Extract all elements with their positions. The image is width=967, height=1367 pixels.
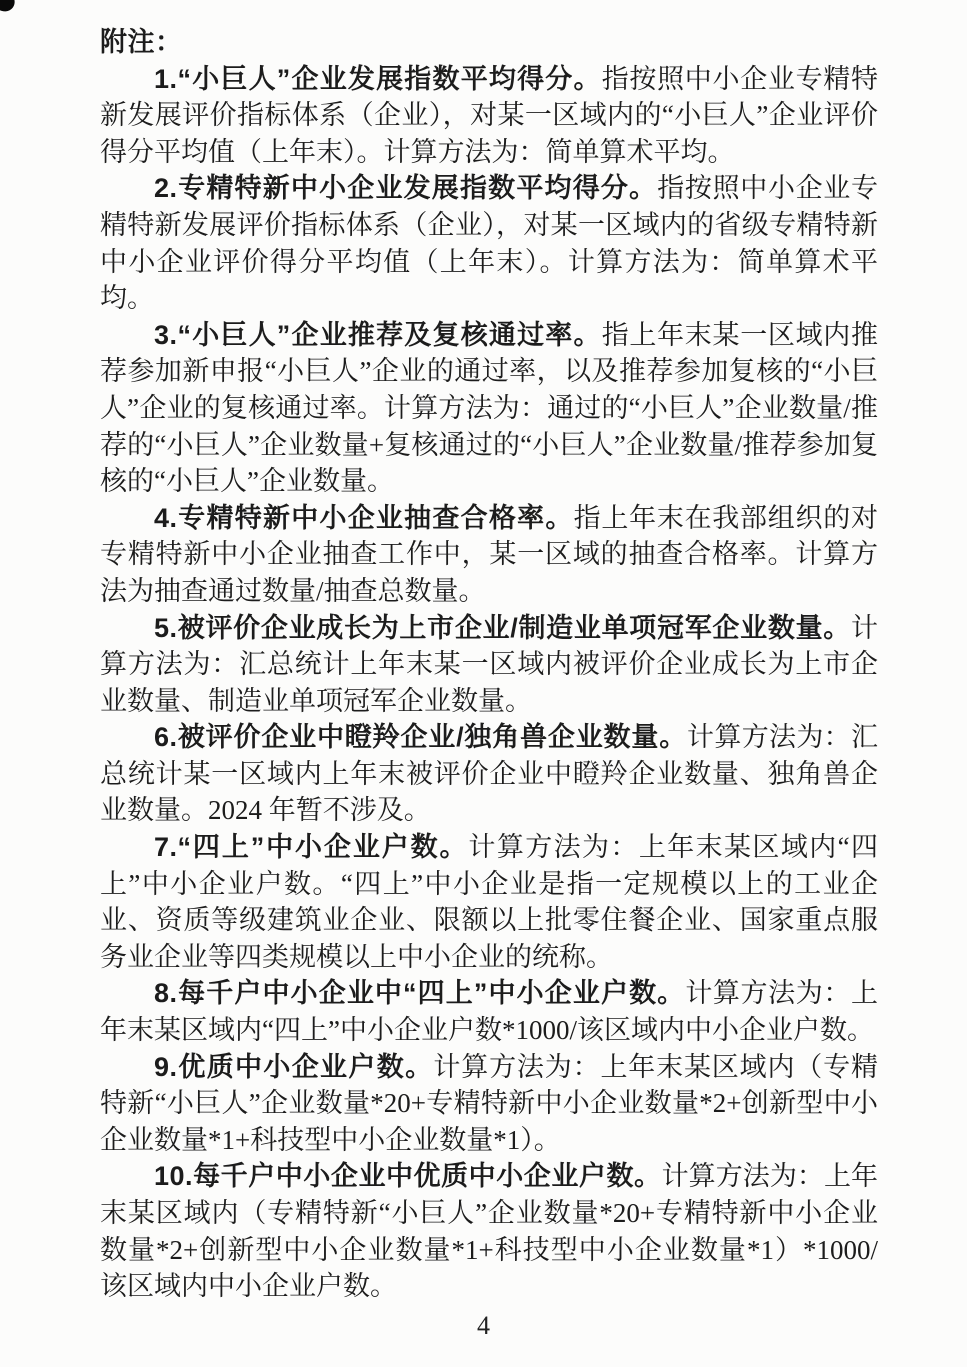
note-item-6: 6.被评价企业中瞪羚企业/独角兽企业数量。计算方法为：汇总统计某一区域内上年末被… (100, 719, 878, 829)
note-label: 4.专精特新中小企业抽查合格率。 (154, 503, 574, 533)
note-item-2: 2.专精特新中小企业发展指数平均得分。指按照中小企业专精特新发展评价指标体系（企… (100, 170, 878, 316)
note-item-4: 4.专精特新中小企业抽查合格率。指上年末在我部组织的对专精特新中小企业抽查工作中… (100, 500, 878, 610)
note-label: 7.“四上”中小企业户数。 (154, 832, 468, 862)
note-item-7: 7.“四上”中小企业户数。计算方法为：上年末某区域内“四上”中小企业户数。“四上… (100, 829, 878, 975)
document-page: 附注： 1.“小巨人”企业发展指数平均得分。指按照中小企业专精特新发展评价指标体… (0, 0, 967, 1367)
note-item-8: 8.每千户中小企业中“四上”中小企业户数。计算方法为：上年末某区域内“四上”中小… (100, 975, 878, 1048)
note-label: 10.每千户中小企业中优质中小企业户数。 (154, 1161, 662, 1191)
scan-artifact-mark (0, 0, 19, 16)
note-label: 2.专精特新中小企业发展指数平均得分。 (154, 173, 657, 203)
note-label: 3.“小巨人”企业推荐及复核通过率。 (154, 320, 602, 350)
note-label: 5.被评价企业成长为上市企业/制造业单项冠军企业数量。 (154, 613, 851, 643)
note-label: 1.“小巨人”企业发展指数平均得分。 (154, 64, 602, 94)
note-item-9: 9.优质中小企业户数。计算方法为：上年末某区域内（专精特新“小巨人”企业数量*2… (100, 1049, 878, 1159)
notes-heading: 附注： (100, 24, 878, 61)
note-item-1: 1.“小巨人”企业发展指数平均得分。指按照中小企业专精特新发展评价指标体系（企业… (100, 61, 878, 171)
note-label: 8.每千户中小企业中“四上”中小企业户数。 (154, 978, 685, 1008)
note-label: 9.优质中小企业户数。 (154, 1052, 433, 1082)
note-label: 6.被评价企业中瞪羚企业/独角兽企业数量。 (154, 722, 687, 752)
note-item-3: 3.“小巨人”企业推荐及复核通过率。指上年末某一区域内推荐参加新申报“小巨人”企… (100, 317, 878, 500)
notes-content: 附注： 1.“小巨人”企业发展指数平均得分。指按照中小企业专精特新发展评价指标体… (100, 24, 878, 1305)
page-number: 4 (0, 1311, 967, 1341)
note-item-10: 10.每千户中小企业中优质中小企业户数。计算方法为：上年末某区域内（专精特新“小… (100, 1158, 878, 1304)
note-item-5: 5.被评价企业成长为上市企业/制造业单项冠军企业数量。计算方法为：汇总统计上年末… (100, 610, 878, 720)
